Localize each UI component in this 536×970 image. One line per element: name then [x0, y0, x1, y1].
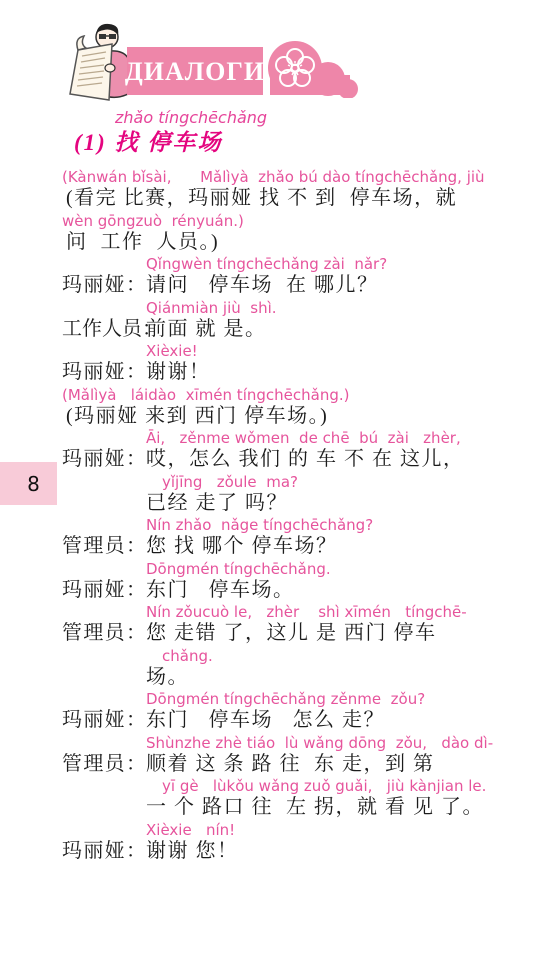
hanzi-row: 玛丽娅：哎，怎么 我们 的 车 不 在 这儿，: [62, 447, 522, 473]
pinyin-text: (Mǎlìyà láidào xīmén tíngchēchǎng.): [62, 386, 522, 404]
dialogue-line: Nín zhǎo nǎge tíngchēchǎng?管理员：您 找 哪个 停车…: [62, 516, 522, 560]
dialogue-line: Dōngmén tíngchēchǎng.玛丽娅：东门 停车场。: [62, 560, 522, 604]
hanzi-text: 一 个 路口 往 左 拐，就 看 见 了。: [146, 796, 484, 818]
dialogue-line: Shùnzhe zhè tiáo lù wǎng dōng zǒu, dào d…: [62, 734, 522, 778]
pinyin-text: Qǐngwèn tíngchēchǎng zài nǎr?: [62, 255, 522, 273]
pinyin-text: yī gè lùkǒu wǎng zuǒ guǎi, jiù kànjian l…: [62, 777, 522, 795]
pinyin-text: Xièxie nín!: [62, 821, 522, 839]
page-number-tab: 8: [0, 462, 57, 505]
hanzi-text: 您 走错 了，这儿 是 西门 停车: [146, 622, 437, 644]
speaker-label: 玛丽娅：: [62, 360, 146, 386]
speaker-label: 玛丽娅：: [62, 839, 146, 865]
speaker-label: 管理员：: [62, 621, 146, 647]
hanzi-row: 玛丽娅：请问 停车场 在 哪儿？: [62, 273, 522, 299]
hanzi-text: 东门 停车场 怎么 走？: [146, 709, 385, 731]
hanzi-text: (玛丽娅 来到 西门 停车场。): [66, 405, 328, 427]
hanzi-row: 玛丽娅：谢谢！: [62, 360, 522, 386]
hanzi-text: 请问 停车场 在 哪儿？: [146, 274, 379, 296]
pinyin-text: Dōngmén tíngchēchǎng zěnme zǒu?: [62, 690, 522, 708]
page-number: 8: [17, 472, 40, 496]
speaker-label: 玛丽娅：: [62, 273, 146, 299]
dialogue-line: Xièxie nín!玛丽娅：谢谢 您！: [62, 821, 522, 865]
lesson-title: (1) 找 停车场: [74, 129, 536, 157]
page-header: ДИАЛОГИ: [0, 0, 536, 108]
dialogue-line: Nín zǒucuò le, zhèr shì xīmén tíngchē-管理…: [62, 603, 522, 647]
pinyin-text: Nín zhǎo nǎge tíngchēchǎng?: [62, 516, 522, 534]
dialogue-line: Qǐngwèn tíngchēchǎng zài nǎr?玛丽娅：请问 停车场 …: [62, 255, 522, 299]
dialogue-line: (Kànwán bǐsài, Mǎlìyà zhǎo bú dào tíngch…: [62, 168, 522, 212]
hanzi-text: (看完 比赛，玛丽娅 找 不 到 停车场，就: [66, 187, 457, 209]
hanzi-text: 谢谢！: [146, 361, 211, 383]
hanzi-text: 顺着 这 条 路 往 东 走，到 第: [146, 753, 435, 775]
pinyin-text: (Kànwán bǐsài, Mǎlìyà zhǎo bú dào tíngch…: [62, 168, 522, 186]
pinyin-text: Nín zǒucuò le, zhèr shì xīmén tíngchē-: [62, 603, 522, 621]
pinyin-text: Dōngmén tíngchēchǎng.: [62, 560, 522, 578]
hanzi-row: (玛丽娅 来到 西门 停车场。): [62, 404, 522, 430]
dialogue-line: wèn gōngzuò rényuán.)问 工作 人员。): [62, 212, 522, 256]
dialogue-line: yī gè lùkǒu wǎng zuǒ guǎi, jiù kànjian l…: [62, 777, 522, 821]
hanzi-text: 前面 就 是。: [146, 318, 267, 340]
speaker-label: 玛丽娅：: [62, 447, 146, 473]
pinyin-text: chǎng.: [62, 647, 522, 665]
speaker-label: 管理员：: [62, 534, 146, 560]
hanzi-row: 玛丽娅：东门 停车场。: [62, 578, 522, 604]
hanzi-row: 工作人员：前面 就 是。: [62, 317, 522, 343]
pinyin-text: Shùnzhe zhè tiáo lù wǎng dōng zǒu, dào d…: [62, 734, 522, 752]
pinyin-text: yǐjīng zǒule ma?: [62, 473, 522, 491]
hanzi-row: 已经 走了 吗？: [62, 491, 522, 517]
dialogue-line: Dōngmén tíngchēchǎng zěnme zǒu?玛丽娅：东门 停车…: [62, 690, 522, 734]
hanzi-row: 管理员：您 找 哪个 停车场？: [62, 534, 522, 560]
hanzi-text: 已经 走了 吗？: [146, 492, 288, 514]
hanzi-row: 管理员：您 走错 了，这儿 是 西门 停车: [62, 621, 522, 647]
section-banner: ДИАЛОГИ: [127, 47, 263, 95]
speaker-label: 玛丽娅：: [62, 708, 146, 734]
dialogue-line: Xièxie!玛丽娅：谢谢！: [62, 342, 522, 386]
dialogue-line: (Mǎlìyà láidào xīmén tíngchēchǎng.)(玛丽娅 …: [62, 386, 522, 430]
hanzi-row: 玛丽娅：东门 停车场 怎么 走？: [62, 708, 522, 734]
lesson-title-block: zhǎo tíngchēchǎng (1) 找 停车场: [0, 108, 536, 157]
lesson-title-pinyin: zhǎo tíngchēchǎng: [115, 108, 536, 127]
hanzi-text: 哎，怎么 我们 的 车 不 在 这儿，: [146, 448, 465, 470]
dialogue-line: chǎng.场。: [62, 647, 522, 691]
hanzi-text: 您 找 哪个 停车场？: [146, 535, 338, 557]
hanzi-text: 东门 停车场。: [146, 579, 295, 601]
dialogue-line: yǐjīng zǒule ma?已经 走了 吗？: [62, 473, 522, 517]
dialogue-line: Qiánmiàn jiù shì.工作人员：前面 就 是。: [62, 299, 522, 343]
dialogue-list: (Kànwán bǐsài, Mǎlìyà zhǎo bú dào tíngch…: [62, 168, 522, 864]
hanzi-row: 问 工作 人员。): [62, 230, 522, 256]
speaker-label: 工作人员：: [62, 317, 146, 343]
hanzi-text: 谢谢 您！: [146, 840, 239, 862]
section-banner-label: ДИАЛОГИ: [125, 55, 265, 87]
hanzi-row: (看完 比赛，玛丽娅 找 不 到 停车场，就: [62, 186, 522, 212]
pinyin-text: Xièxie!: [62, 342, 522, 360]
pinyin-text: Qiánmiàn jiù shì.: [62, 299, 522, 317]
speaker-label: 玛丽娅：: [62, 578, 146, 604]
hanzi-row: 一 个 路口 往 左 拐，就 看 见 了。: [62, 795, 522, 821]
hanzi-text: 问 工作 人员。): [66, 231, 219, 253]
dialogue-line: Āi, zěnme wǒmen de chē bú zài zhèr,玛丽娅：哎…: [62, 429, 522, 473]
hanzi-row: 玛丽娅：谢谢 您！: [62, 839, 522, 865]
pinyin-text: wèn gōngzuò rényuán.): [62, 212, 522, 230]
hanzi-row: 场。: [62, 665, 522, 691]
speaker-label: 管理员：: [62, 752, 146, 778]
hanzi-row: 管理员：顺着 这 条 路 往 东 走，到 第: [62, 752, 522, 778]
plum-blossom-icon: [266, 41, 362, 98]
hanzi-text: 场。: [146, 666, 189, 688]
pinyin-text: Āi, zěnme wǒmen de chē bú zài zhèr,: [62, 429, 522, 447]
